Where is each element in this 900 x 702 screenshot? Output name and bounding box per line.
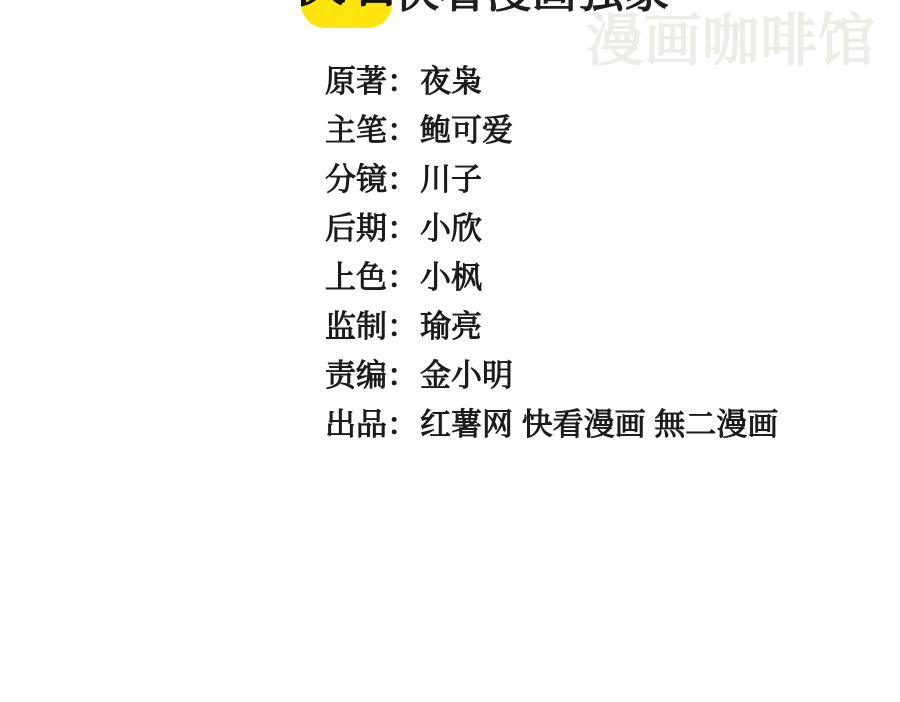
credit-label: 上色：	[325, 253, 418, 302]
credit-row-coloring: 上色： 小枫	[325, 253, 778, 302]
credit-value: 小枫	[420, 253, 482, 302]
credit-value: 金小明	[420, 351, 513, 400]
comic-credits-page: 快看 快看漫画独家 漫画咖啡馆 原著： 夜枭 主笔： 鲍可爱 分镜： 川子 后期…	[0, 0, 900, 702]
credit-value: 夜枭	[420, 57, 482, 106]
credit-row-supervisor: 监制： 瑜亮	[325, 302, 778, 351]
credits-list: 原著： 夜枭 主笔： 鲍可爱 分镜： 川子 后期： 小欣 上色： 小枫 监制： …	[325, 57, 778, 449]
credit-label: 分镜：	[325, 155, 418, 204]
credit-row-post-production: 后期： 小欣	[325, 204, 778, 253]
kuaikan-logo-text: 快看	[292, 0, 402, 10]
credit-value: 小欣	[420, 204, 482, 253]
credit-label: 后期：	[325, 204, 418, 253]
credit-row-original-author: 原著： 夜枭	[325, 57, 778, 106]
credit-value: 川子	[420, 155, 482, 204]
credit-label: 监制：	[325, 302, 418, 351]
credit-value: 瑜亮	[420, 302, 482, 351]
credit-value: 鲍可爱	[420, 106, 513, 155]
credit-row-storyboard: 分镜： 川子	[325, 155, 778, 204]
credit-label: 责编：	[325, 351, 418, 400]
credit-value: 红薯网 快看漫画 無二漫画	[420, 400, 778, 449]
credit-label: 主笔：	[325, 106, 418, 155]
kuaikan-logo-icon: 快看	[301, 0, 392, 28]
credit-row-lead-artist: 主笔： 鲍可爱	[325, 106, 778, 155]
credit-label: 原著：	[325, 57, 418, 106]
credit-row-producer: 出品： 红薯网 快看漫画 無二漫画	[325, 400, 778, 449]
credit-row-editor: 责编： 金小明	[325, 351, 778, 400]
credit-label: 出品：	[325, 400, 418, 449]
